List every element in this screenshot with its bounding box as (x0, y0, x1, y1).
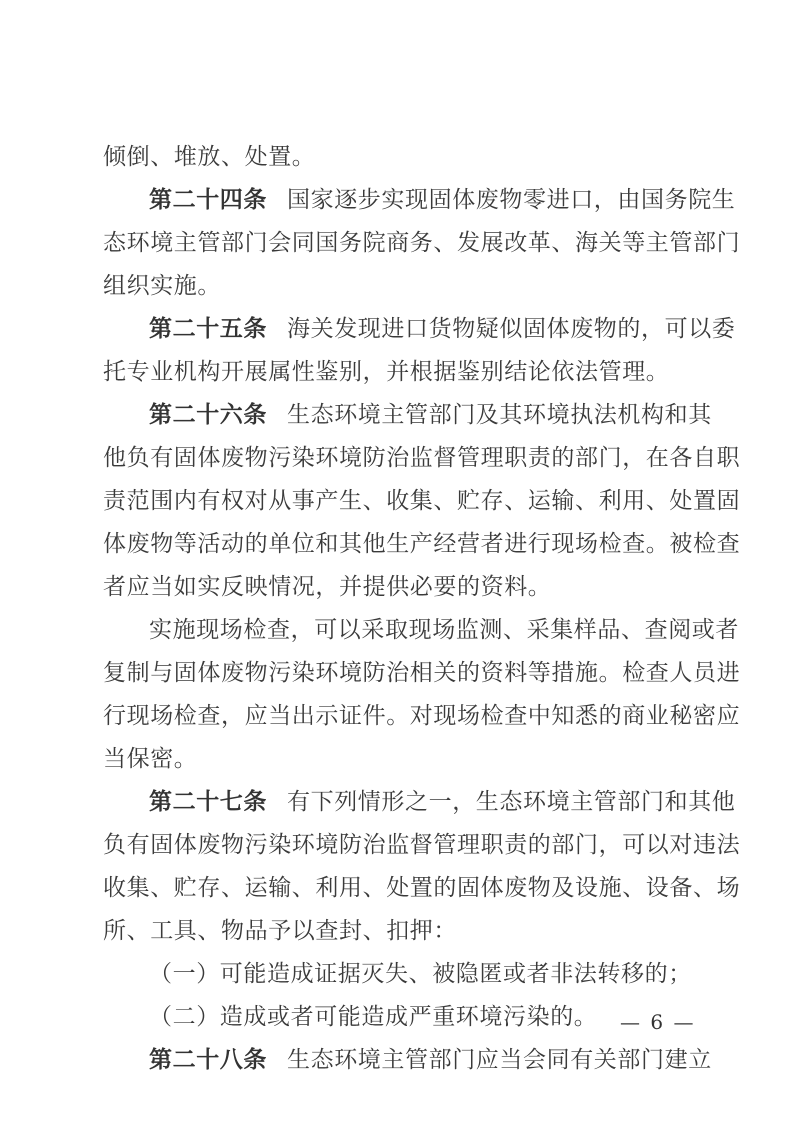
text-line: 收集、贮存、运输、利用、处置的固体废物及设施、设备、场 (103, 873, 740, 903)
article-text: 生态环境主管部门应当会同有关部门建立 (287, 1047, 712, 1073)
article-heading: 第二十四条 (149, 187, 267, 213)
text-line: 托专业机构开展属性鉴别，并根据鉴别结论依法管理。 (103, 357, 669, 387)
text-line: 责范围内有权对从事产生、收集、贮存、运输、利用、处置固 (103, 486, 740, 516)
article-26-line: 第二十六条生态环境主管部门及其环境执法机构和其 (149, 400, 712, 430)
article-27-line: 第二十七条有下列情形之一，生态环境主管部门和其他 (149, 787, 735, 817)
text-line: 态环境主管部门会同国务院商务、发展改革、海关等主管部门 (103, 228, 740, 258)
page-number: — 6 — (620, 1010, 695, 1034)
article-25-line: 第二十五条海关发现进口货物疑似固体废物的，可以委 (149, 314, 735, 344)
text-line: 行现场检查，应当出示证件。对现场检查中知悉的商业秘密应 (103, 701, 740, 731)
article-heading: 第二十六条 (149, 402, 267, 428)
text-line: 当保密。 (103, 744, 197, 774)
list-item: （二）造成或者可能造成严重环境污染的。 (149, 1002, 597, 1032)
text-line: 体废物等活动的单位和其他生产经营者进行现场检查。被检查 (103, 529, 740, 559)
article-heading: 第二十五条 (149, 316, 267, 342)
text-line: 所、工具、物品予以查封、扣押： (103, 916, 457, 946)
text-line: 者应当如实反映情况，并提供必要的资料。 (103, 572, 551, 602)
article-28-line: 第二十八条生态环境主管部门应当会同有关部门建立 (149, 1045, 712, 1075)
text-line: 他负有固体废物污染环境防治监督管理职责的部门，在各自职 (103, 443, 740, 473)
list-item: （一）可能造成证据灭失、被隐匿或者非法转移的； (149, 959, 692, 989)
article-24-line: 第二十四条国家逐步实现固体废物零进口，由国务院生 (149, 185, 735, 215)
text-line: 组织实施。 (103, 271, 221, 301)
article-text: 国家逐步实现固体废物零进口，由国务院生 (287, 187, 735, 213)
text-line: 实施现场检查，可以采取现场监测、采集样品、查阅或者 (149, 615, 739, 645)
article-heading: 第二十八条 (149, 1047, 267, 1073)
article-text: 有下列情形之一，生态环境主管部门和其他 (287, 789, 735, 815)
article-heading: 第二十七条 (149, 789, 267, 815)
text-line: 负有固体废物污染环境防治监督管理职责的部门，可以对违法 (103, 830, 740, 860)
text-line: 倾倒、堆放、处置。 (103, 142, 315, 172)
article-text: 海关发现进口货物疑似固体废物的，可以委 (287, 316, 735, 342)
article-text: 生态环境主管部门及其环境执法机构和其 (287, 402, 712, 428)
text-line: 复制与固体废物污染环境防治相关的资料等措施。检查人员进 (103, 658, 740, 688)
